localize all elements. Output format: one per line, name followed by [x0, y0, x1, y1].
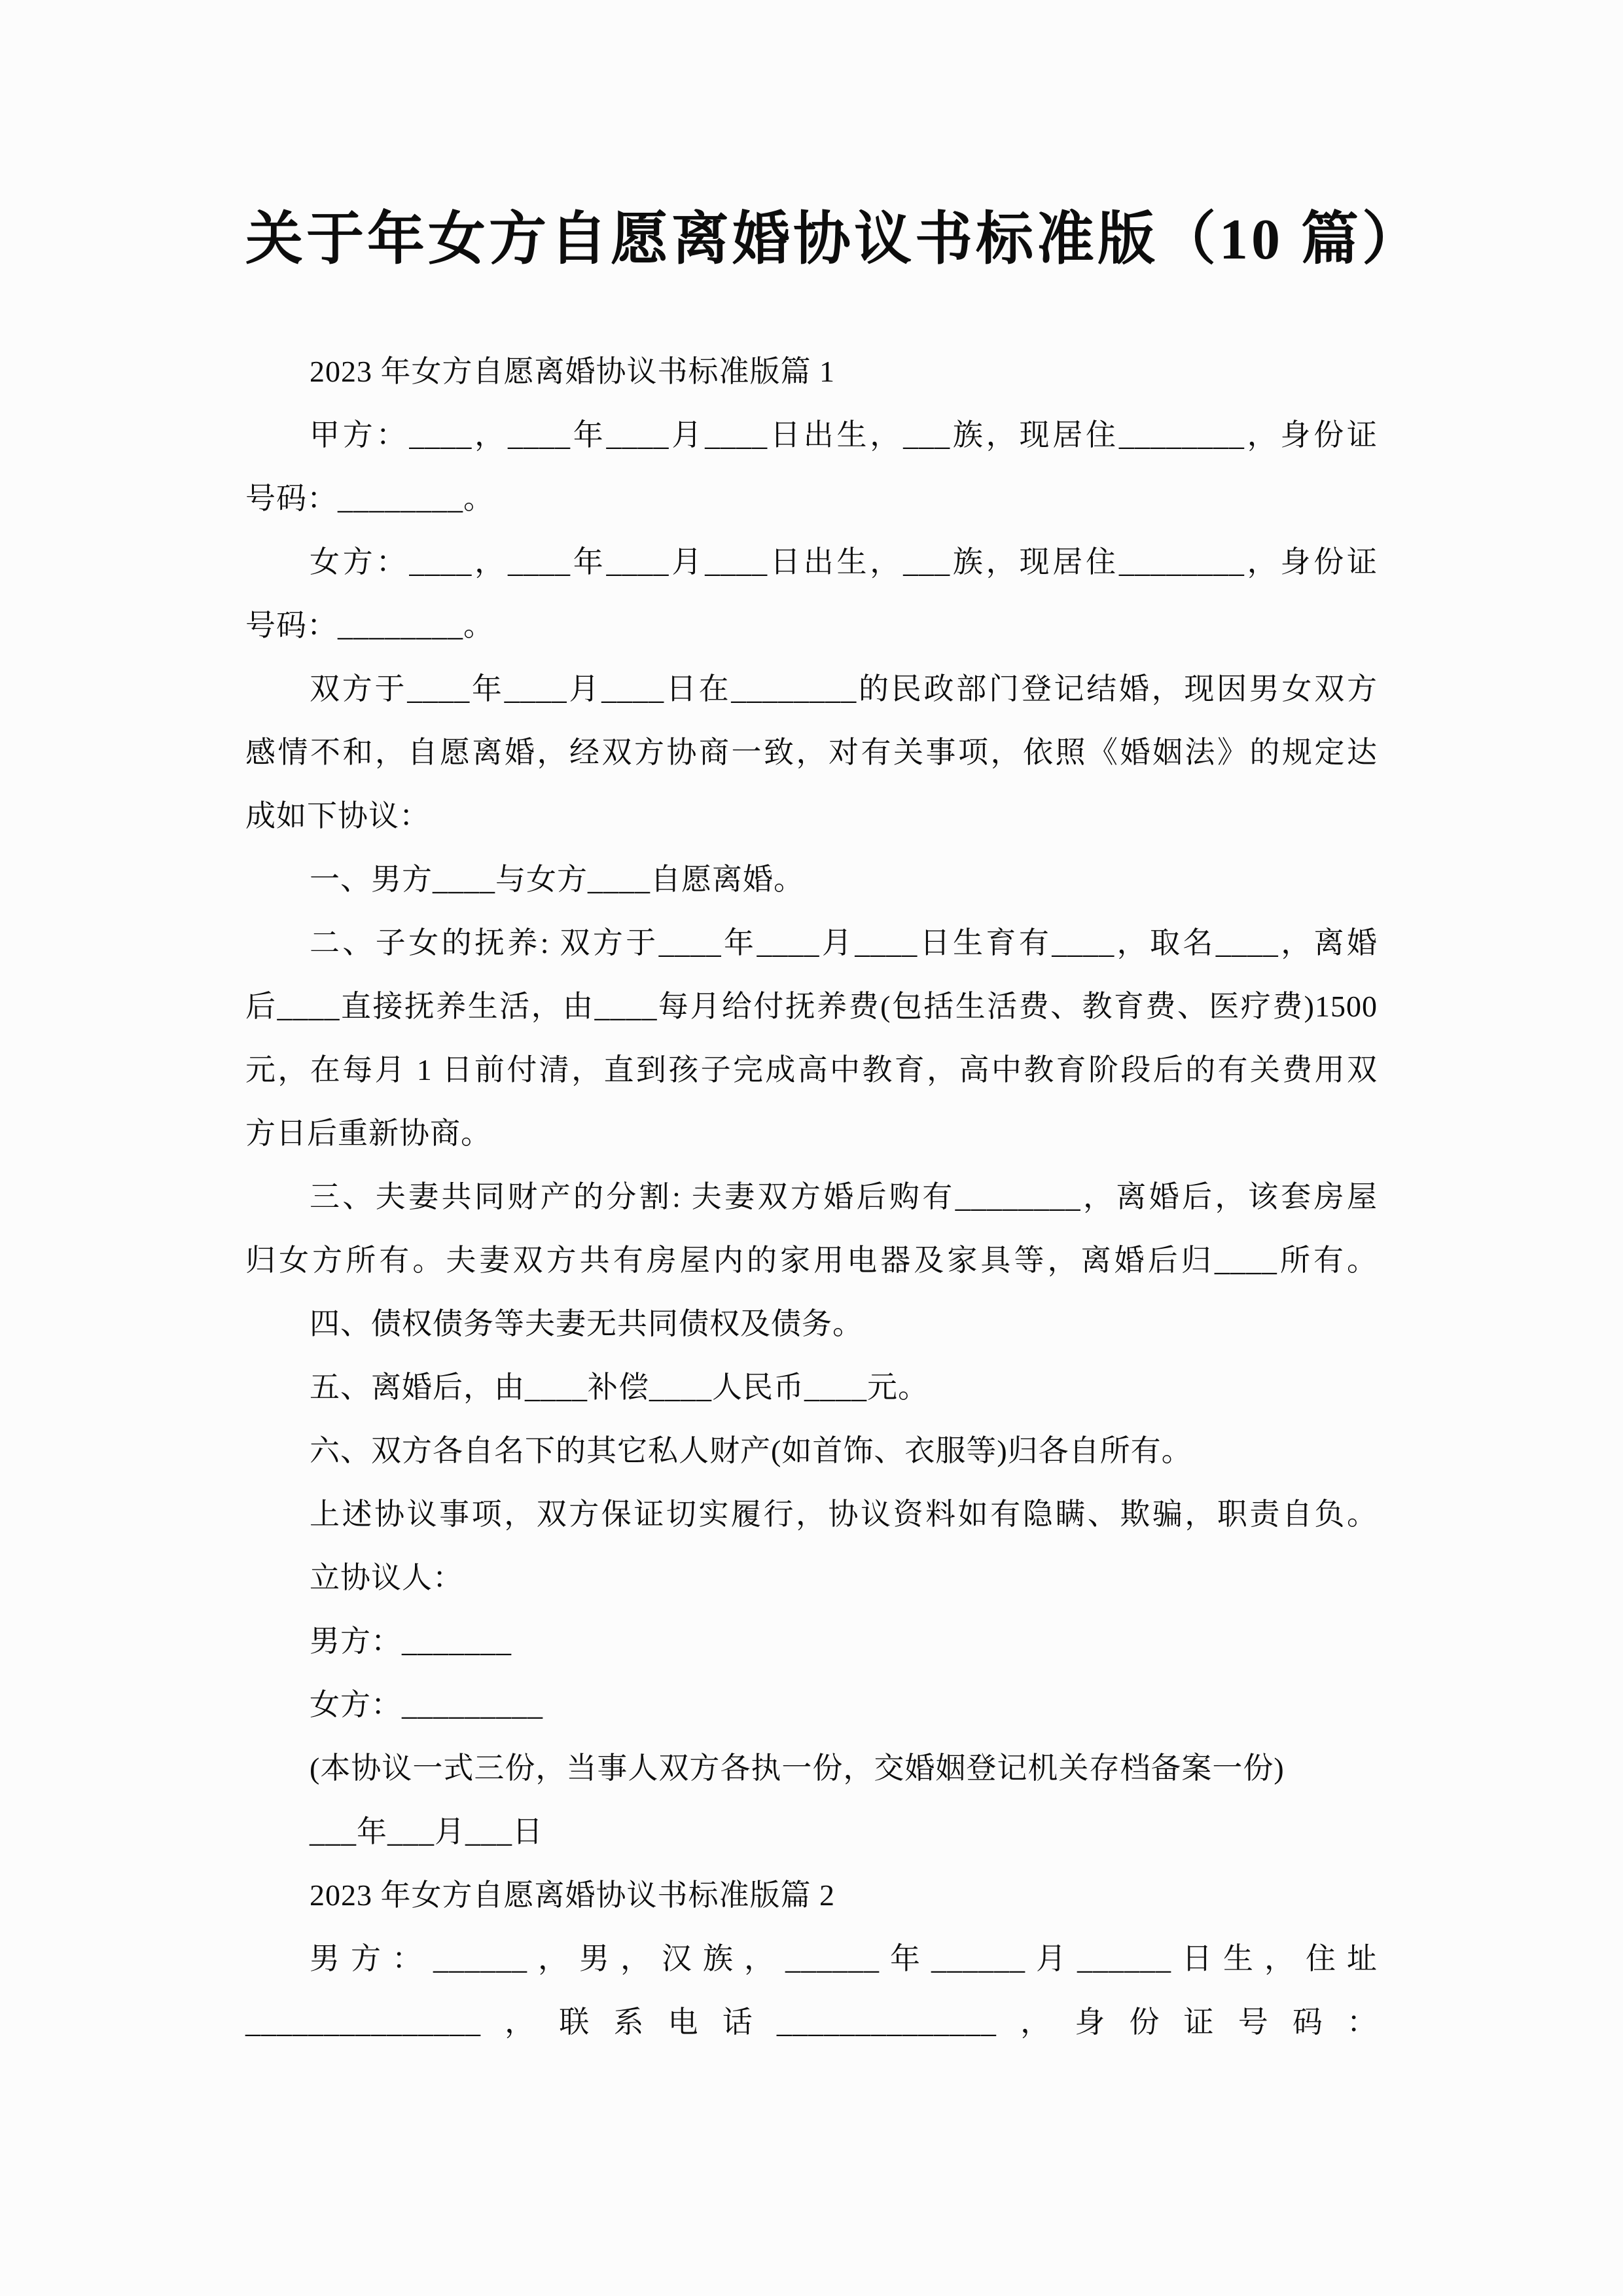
document-page: 关于年女方自愿离婚协议书标准版（10 篇） 2023 年女方自愿离婚协议书标准版… [0, 0, 1623, 2296]
document-line: 女方：_________ [245, 1673, 1378, 1736]
document-body: 2023 年女方自愿离婚协议书标准版篇 1甲方：____，____年____月_… [245, 340, 1378, 2054]
document-line: 甲方：____，____年____月____日出生，___族，现居住______… [245, 403, 1378, 467]
document-line: 男方：______，男，汉族，______年______月______日生，住址 [245, 1927, 1378, 1990]
document-line: 六、双方各自名下的其它私人财产(如首饰、衣服等)归各自所有。 [245, 1419, 1378, 1482]
document-line: (本协议一式三份，当事人双方各执一份，交婚姻登记机关存档备案一份) [245, 1736, 1378, 1800]
document-line: 2023 年女方自愿离婚协议书标准版篇 1 [245, 340, 1378, 403]
document-line: 一、男方____与女方____自愿离婚。 [245, 848, 1378, 911]
document-line: 立协议人： [245, 1546, 1378, 1609]
document-line: 二、子女的抚养: 双方于____年____月____日生育有____，取名___… [245, 911, 1378, 975]
document-line: 号码：________。 [245, 467, 1378, 530]
document-line: 方日后重新协商。 [245, 1102, 1378, 1165]
document-line: 2023 年女方自愿离婚协议书标准版篇 2 [245, 1863, 1378, 1927]
document-line: 四、债权债务等夫妻无共同债权及债务。 [245, 1292, 1378, 1355]
document-line: ___年___月___日 [245, 1800, 1378, 1863]
document-line: 后____直接抚养生活，由____每月给付抚养费(包括生活费、教育费、医疗费)1… [245, 975, 1378, 1038]
document-line: 五、离婚后，由____补偿____人民币____元。 [245, 1355, 1378, 1419]
document-line: 元，在每月 1 日前付清，直到孩子完成高中教育，高中教育阶段后的有关费用双 [245, 1038, 1378, 1102]
document-line: 号码：________。 [245, 594, 1378, 657]
document-line: 三、夫妻共同财产的分割: 夫妻双方婚后购有________，离婚后，该套房屋 [245, 1165, 1378, 1229]
document-line: 感情不和，自愿离婚，经双方协商一致，对有关事项，依照《婚姻法》的规定达 [245, 721, 1378, 784]
document-line: 上述协议事项，双方保证切实履行，协议资料如有隐瞒、欺骗，职责自负。 [245, 1482, 1378, 1546]
document-line: _______________，联系电话______________，身份证号码… [245, 1990, 1378, 2054]
document-line: 男方：_______ [245, 1609, 1378, 1673]
document-line: 女方：____，____年____月____日出生，___族，现居住______… [245, 530, 1378, 594]
document-line: 归女方所有。夫妻双方共有房屋内的家用电器及家具等，离婚后归____所有。 [245, 1229, 1378, 1292]
document-line: 成如下协议： [245, 784, 1378, 848]
document-line: 双方于____年____月____日在________的民政部门登记结婚，现因男… [245, 657, 1378, 721]
page-title: 关于年女方自愿离婚协议书标准版（10 篇） [245, 203, 1378, 278]
